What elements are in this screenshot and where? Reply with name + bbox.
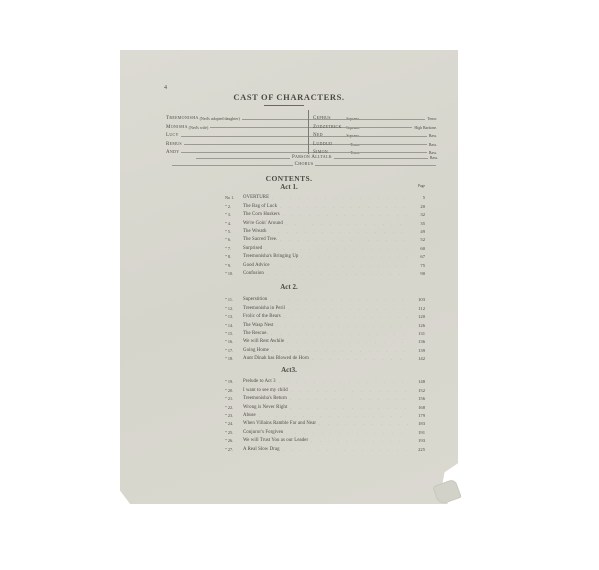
toc-row: ” 24.When Villains Ramble Far and Near18… (225, 418, 425, 426)
cast-row: ZodzetrickHigh Baritone. (313, 121, 437, 129)
toc-row: ” 16.We will Rest Awhile136 (225, 336, 425, 344)
toc-row: ” 5.The Wreath49 (225, 226, 425, 234)
toc-row: ” 11.Superstition103 (225, 294, 425, 302)
toc-row: ” 20.I want to see my child152 (225, 384, 425, 392)
chorus-row: Chorus (170, 161, 438, 167)
toc-row: ” 22.Wrong is Never Right168 (225, 401, 425, 409)
toc-row: ” 13.Frolic of the Bears120 (225, 311, 425, 319)
toc-row: ” 6.The Sacred Tree.52 (225, 234, 425, 242)
toc-row: ” 12.Treemonisha in Peril112 (225, 302, 425, 310)
toc-row: ” 26.We will Trust You as our Leader193 (225, 435, 425, 443)
parson-row: Parson Alltalk Bass. (194, 154, 438, 160)
toc-row: ” 17.Going Home139 (225, 344, 425, 352)
title-rule (264, 105, 304, 106)
toc-row: ” 27.A Real Slow Drag225 (225, 443, 425, 451)
cast-title: CAST OF CHARACTERS. (120, 92, 458, 102)
act-3-list: ” 19.Prelude to Act 3148 ” 20.I want to … (225, 376, 425, 452)
cast-row: NedBass. (313, 130, 437, 138)
toc-row: ” 23.Abuse179 (225, 410, 425, 418)
toc-row: No 1.OVERTURE5 (225, 192, 425, 200)
page-number: 4 (164, 85, 167, 91)
column-divider (308, 110, 309, 154)
toc-row: ” 21.Treemonisha's Return156 (225, 393, 425, 401)
toc-row: ” 2.The Bag of Luck20 (225, 200, 425, 208)
toc-row: ” 25.Conjuror's Forgiven191 (225, 426, 425, 434)
act-3-heading: Act3. (120, 366, 458, 374)
toc-row: ” 14.The Wasp Nest126 (225, 319, 425, 327)
toc-row: ” 9.Good Advice75 (225, 259, 425, 267)
cast-list-right: CephusTenor. ZodzetrickHigh Baritone. Ne… (313, 113, 437, 155)
toc-row: ” 19.Prelude to Act 3148 (225, 376, 425, 384)
page-column-header: Page (418, 184, 425, 188)
toc-row: ” 18.Aunt Dinah has Blowed de Horn142 (225, 353, 425, 361)
contents-title: CONTENTS. (120, 174, 458, 183)
act-1-heading: Act 1. (120, 183, 458, 191)
act-1-list: No 1.OVERTURE5 ” 2.The Bag of Luck20 ” 3… (225, 192, 425, 276)
toc-row: ” 7.Surprised60 (225, 242, 425, 250)
scanned-page: 4 CAST OF CHARACTERS. Treemonisha(Ned's … (120, 50, 458, 504)
toc-row: ” 3.The Corn Huskers32 (225, 209, 425, 217)
act-2-heading: Act 2. (120, 283, 458, 291)
toc-row: ” 15.The Rescue.131 (225, 328, 425, 336)
toc-row: ” 4.We're Goin' Around35 (225, 217, 425, 225)
cast-row: LuddudBass. (313, 138, 437, 146)
cast-row: CephusTenor. (313, 113, 437, 121)
act-2-list: ” 11.Superstition103 ” 12.Treemonisha in… (225, 294, 425, 361)
toc-row: ” 8.Treemonisha's Bringing Up67 (225, 251, 425, 259)
toc-row: ” 10.Confusion90 (225, 268, 425, 276)
